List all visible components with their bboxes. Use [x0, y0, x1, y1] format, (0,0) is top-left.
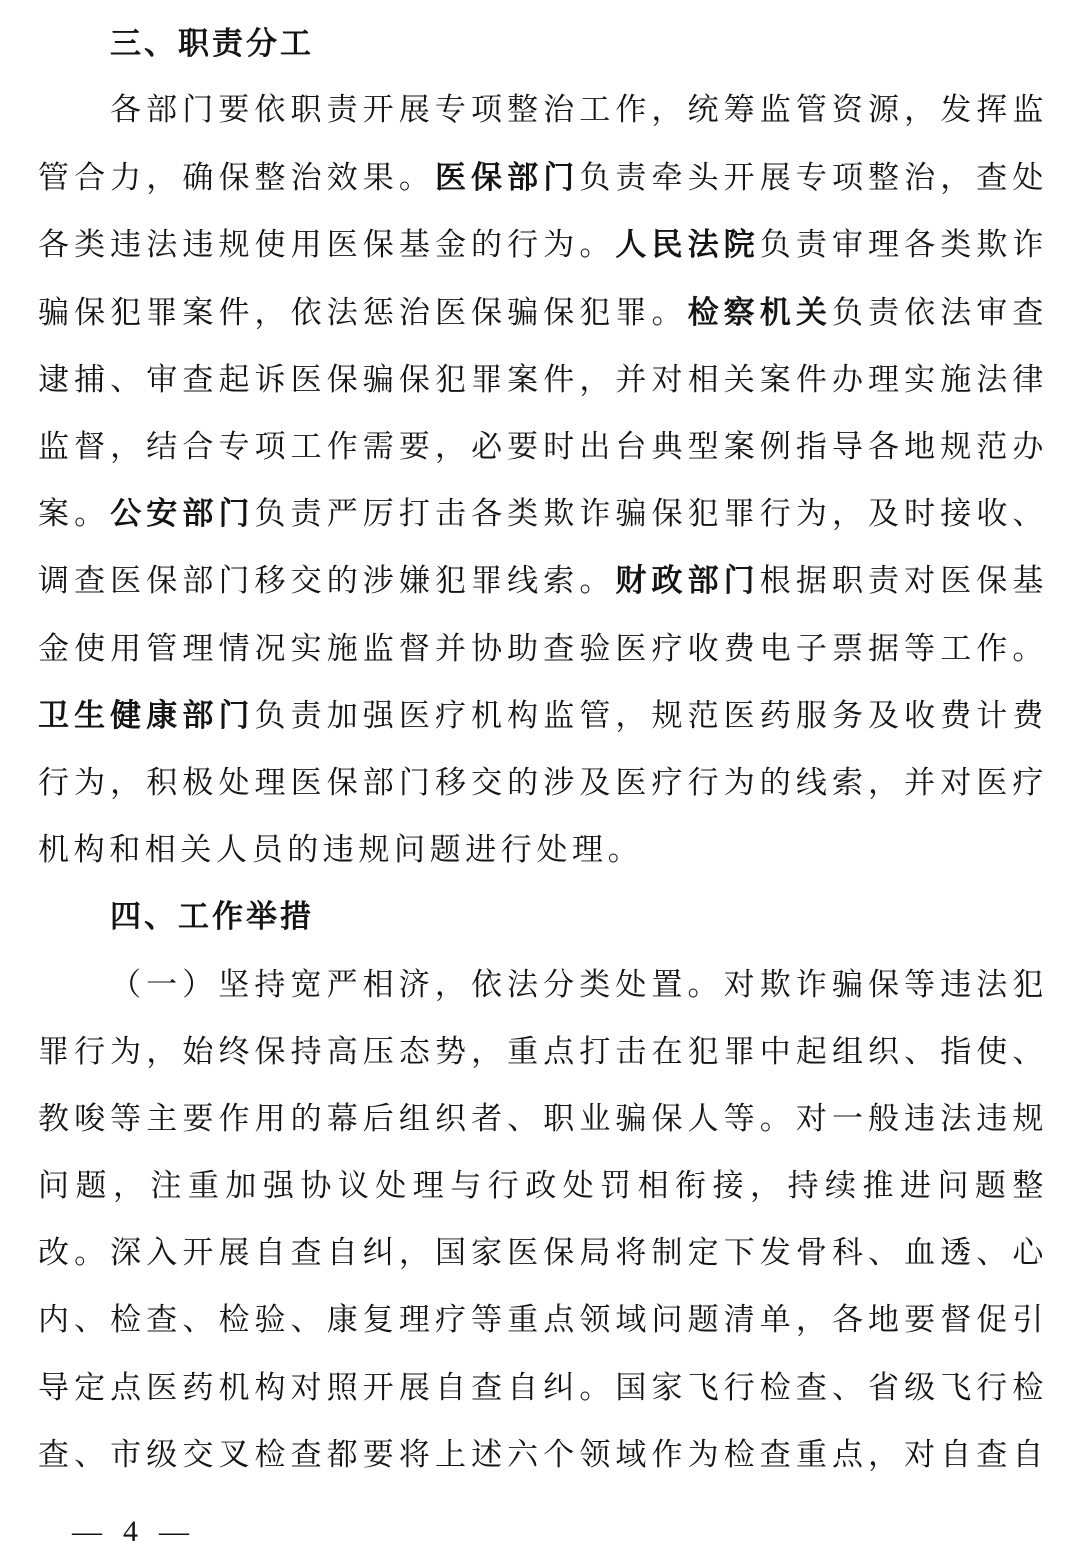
paragraph-line: 行为，积极处理医保部门移交的涉及医疗行为的线索，并对医疗: [38, 750, 1048, 817]
text-segment: 管合力，确保整治效果。: [38, 160, 435, 196]
paragraph-line: 各类违法违规使用医保基金的行为。人民法院负责审理各类欺诈: [38, 212, 1048, 279]
department-finance: 财政部门: [615, 563, 759, 599]
section-heading-measures: 四、工作举措: [110, 884, 1048, 951]
paragraph-line: 管合力，确保整治效果。医保部门负责牵头开展专项整治，查处: [38, 145, 1048, 212]
department-medical-insurance: 医保部门: [435, 160, 579, 196]
text-segment: 负责依法审查: [832, 295, 1048, 331]
text-segment: 负责严厉打击各类欺诈骗保犯罪行为，及时接收、: [255, 496, 1048, 532]
paragraph-line: 问题，注重加强协议处理与行政处罚相衔接，持续推进问题整: [38, 1153, 1048, 1220]
paragraph-line: 查、市级交叉检查都要将上述六个领域作为检查重点，对自查自: [38, 1422, 1048, 1489]
paragraph-line: 机构和相关人员的违规问题进行处理。: [38, 817, 1048, 884]
paragraph-line: 骗保犯罪案件，依法惩治医保骗保犯罪。检察机关负责依法审查: [38, 280, 1048, 347]
text-segment: 骗保犯罪案件，依法惩治医保骗保犯罪。: [38, 295, 688, 331]
paragraph-line: 调查医保部门移交的涉嫌犯罪线索。财政部门根据职责对医保基: [38, 548, 1048, 615]
department-health: 卫生健康部门: [38, 698, 255, 734]
department-procuratorate: 检察机关: [688, 295, 832, 331]
text-segment: 负责牵头开展专项整治，查处: [579, 160, 1048, 196]
paragraph-line: 案。公安部门负责严厉打击各类欺诈骗保犯罪行为，及时接收、: [38, 481, 1048, 548]
section-heading-responsibilities: 三、职责分工: [110, 11, 1048, 78]
text-segment: 负责加强医疗机构监管，规范医药服务及收费计费: [255, 698, 1048, 734]
text-segment: 根据职责对医保基: [760, 563, 1048, 599]
paragraph-line: 罪行为，始终保持高压态势，重点打击在犯罪中起组织、指使、: [38, 1019, 1048, 1086]
document-page: 三、职责分工 各部门要依职责开展专项整治工作，统筹监管资源，发挥监 管合力，确保…: [0, 0, 1080, 1563]
department-public-security: 公安部门: [110, 496, 254, 532]
text-segment: 案。: [38, 496, 110, 532]
paragraph-line: 逮捕、审查起诉医保骗保犯罪案件，并对相关案件办理实施法律: [38, 347, 1048, 414]
paragraph-line: 导定点医药机构对照开展自查自纠。国家飞行检查、省级飞行检: [38, 1355, 1048, 1422]
page-number: — 4 —: [72, 1512, 191, 1552]
paragraph-line: 卫生健康部门负责加强医疗机构监管，规范医药服务及收费计费: [38, 683, 1048, 750]
text-segment: 对欺诈骗保等违法犯: [724, 967, 1048, 1003]
paragraph-line: 改。深入开展自查自纠，国家医保局将制定下发骨科、血透、心: [38, 1220, 1048, 1287]
paragraph-line: 各部门要依职责开展专项整治工作，统筹监管资源，发挥监: [110, 77, 1048, 144]
text-segment: 各类违法违规使用医保基金的行为。: [38, 227, 615, 263]
text-segment: 负责审理各类欺诈: [760, 227, 1048, 263]
text-segment: 调查医保部门移交的涉嫌犯罪线索。: [38, 563, 615, 599]
paragraph-line: （一）坚持宽严相济，依法分类处置。对欺诈骗保等违法犯: [110, 952, 1048, 1019]
paragraph-line: 金使用管理情况实施监督并协助查验医疗收费电子票据等工作。: [38, 616, 1048, 683]
department-court: 人民法院: [615, 227, 759, 263]
paragraph-line: 监督，结合专项工作需要，必要时出台典型案例指导各地规范办: [38, 414, 1048, 481]
paragraph-line: 内、检查、检验、康复理疗等重点领域问题清单，各地要督促引: [38, 1287, 1048, 1354]
paragraph-line: 教唆等主要作用的幕后组织者、职业骗保人等。对一般违法违规: [38, 1086, 1048, 1153]
subsection-title: （一）坚持宽严相济，依法分类处置。: [110, 967, 724, 1003]
